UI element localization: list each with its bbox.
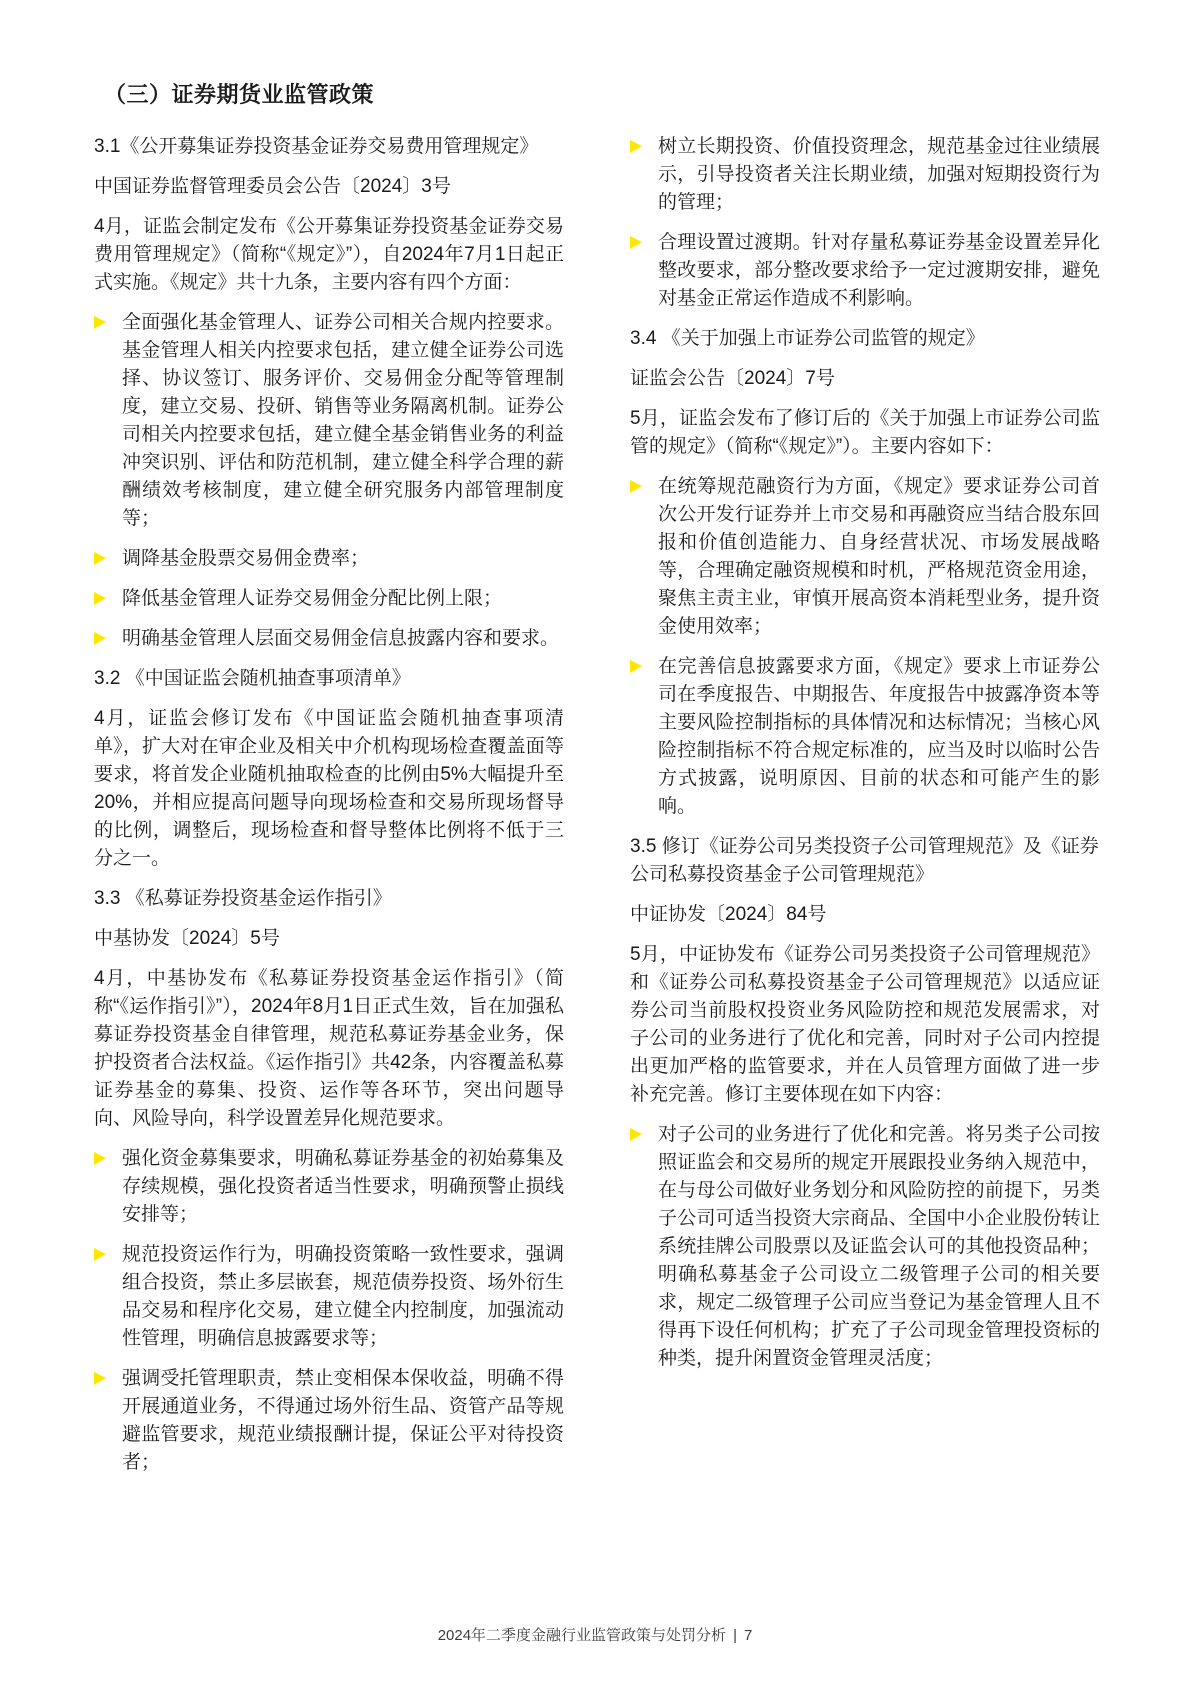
triangle-right-icon <box>94 552 106 565</box>
section-title: 3.3 《私募证券投资基金运作指引》 <box>94 885 564 913</box>
bullet-arrow-icon <box>630 653 658 821</box>
bullet-text: 在统筹规范融资行为方面，《规定》要求证券公司首次公开发行证券并上市交易和再融资应… <box>658 473 1100 641</box>
bullet-item: 树立长期投资、价值投资理念，规范基金过往业绩展示，引导投资者关注长期业绩，加强对… <box>630 133 1100 217</box>
bullet-text: 强化资金募集要求，明确私募证券基金的初始募集及存续规模，强化投资者适当性要求，明… <box>122 1145 564 1229</box>
bullet-item: 调降基金股票交易佣金费率； <box>94 545 564 573</box>
paragraph: 4月，证监会修订发布《中国证监会随机抽查事项清单》，扩大对在审企业及相关中介机构… <box>94 705 564 873</box>
footer-page-number: 7 <box>744 1627 752 1644</box>
bullet-text: 调降基金股票交易佣金费率； <box>122 545 564 573</box>
bullet-item: 强调受托管理职责，禁止变相保本保收益，明确不得开展通道业务，不得通过场外衍生品、… <box>94 1365 564 1477</box>
bullet-text: 树立长期投资、价值投资理念，规范基金过往业绩展示，引导投资者关注长期业绩，加强对… <box>658 133 1100 217</box>
bullet-item: 合理设置过渡期。针对存量私募证券基金设置差异化整改要求，部分整改要求给予一定过渡… <box>630 229 1100 313</box>
bullet-text: 合理设置过渡期。针对存量私募证券基金设置差异化整改要求，部分整改要求给予一定过渡… <box>658 229 1100 313</box>
bullet-item: 规范投资运作行为，明确投资策略一致性要求，强调组合投资，禁止多层嵌套，规范债券投… <box>94 1241 564 1353</box>
section-title: 3.1《公开募集证券投资基金证券交易费用管理规定》 <box>94 133 564 161</box>
bullet-item: 全面强化基金管理人、证券公司相关合规内控要求。基金管理人相关内控要求包括，建立健… <box>94 309 564 533</box>
bullet-arrow-icon <box>94 545 122 573</box>
bullet-arrow-icon <box>630 1121 658 1373</box>
bullet-arrow-icon <box>630 473 658 641</box>
page-heading: （三）证券期货业监管政策 <box>104 78 1100 109</box>
triangle-right-icon <box>94 592 106 605</box>
paragraph: 中证协发〔2024〕84号 <box>630 901 1100 929</box>
paragraph: 4月，中基协发布《私募证券投资基金运作指引》（简称“《运作指引》”），2024年… <box>94 965 564 1133</box>
section-title: 3.5 修订《证券公司另类投资子公司管理规范》及《证券公司私募投资基金子公司管理… <box>630 833 1100 889</box>
bullet-text: 强调受托管理职责，禁止变相保本保收益，明确不得开展通道业务，不得通过场外衍生品、… <box>122 1365 564 1477</box>
bullet-arrow-icon <box>94 585 122 613</box>
bullet-arrow-icon <box>94 1145 122 1229</box>
bullet-arrow-icon <box>94 1365 122 1477</box>
paragraph: 4月，证监会制定发布《公开募集证券投资基金证券交易费用管理规定》（简称“《规定》… <box>94 213 564 297</box>
page-footer: 2024年二季度金融行业监管政策与处罚分析|7 <box>0 1624 1190 1645</box>
two-column-layout: 3.1《公开募集证券投资基金证券交易费用管理规定》中国证券监督管理委员会公告〔2… <box>94 133 1100 1489</box>
bullet-item: 在统筹规范融资行为方面，《规定》要求证券公司首次公开发行证券并上市交易和再融资应… <box>630 473 1100 641</box>
triangle-right-icon <box>630 1128 642 1141</box>
bullet-arrow-icon <box>94 1241 122 1353</box>
paragraph: 中基协发〔2024〕5号 <box>94 925 564 953</box>
triangle-right-icon <box>630 236 642 249</box>
bullet-text: 全面强化基金管理人、证券公司相关合规内控要求。基金管理人相关内控要求包括，建立健… <box>122 309 564 533</box>
triangle-right-icon <box>94 1152 106 1165</box>
footer-title: 2024年二季度金融行业监管政策与处罚分析 <box>438 1627 726 1644</box>
bullet-text: 降低基金管理人证券交易佣金分配比例上限； <box>122 585 564 613</box>
bullet-text: 规范投资运作行为，明确投资策略一致性要求，强调组合投资，禁止多层嵌套，规范债券投… <box>122 1241 564 1353</box>
triangle-right-icon <box>630 660 642 673</box>
triangle-right-icon <box>94 1372 106 1385</box>
left-column: 3.1《公开募集证券投资基金证券交易费用管理规定》中国证券监督管理委员会公告〔2… <box>94 133 564 1489</box>
triangle-right-icon <box>94 316 106 329</box>
paragraph: 中国证券监督管理委员会公告〔2024〕3号 <box>94 173 564 201</box>
paragraph: 5月，中证协发布《证券公司另类投资子公司管理规范》和《证券公司私募投资基金子公司… <box>630 941 1100 1109</box>
bullet-arrow-icon <box>630 229 658 313</box>
triangle-right-icon <box>630 480 642 493</box>
paragraph: 5月，证监会发布了修订后的《关于加强上市证券公司监管的规定》（简称“《规定》”）… <box>630 405 1100 461</box>
triangle-right-icon <box>94 1248 106 1261</box>
bullet-item: 明确基金管理人层面交易佣金信息披露内容和要求。 <box>94 625 564 653</box>
footer-separator: | <box>733 1627 737 1644</box>
bullet-arrow-icon <box>630 133 658 217</box>
bullet-item: 强化资金募集要求，明确私募证券基金的初始募集及存续规模，强化投资者适当性要求，明… <box>94 1145 564 1229</box>
triangle-right-icon <box>94 632 106 645</box>
section-title: 3.4 《关于加强上市证券公司监管的规定》 <box>630 325 1100 353</box>
bullet-item: 降低基金管理人证券交易佣金分配比例上限； <box>94 585 564 613</box>
bullet-arrow-icon <box>94 625 122 653</box>
triangle-right-icon <box>630 140 642 153</box>
section-title: 3.2 《中国证监会随机抽查事项清单》 <box>94 665 564 693</box>
paragraph: 证监会公告〔2024〕7号 <box>630 365 1100 393</box>
right-column: 树立长期投资、价值投资理念，规范基金过往业绩展示，引导投资者关注长期业绩，加强对… <box>630 133 1100 1385</box>
bullet-text: 在完善信息披露要求方面，《规定》要求上市证券公司在季度报告、中期报告、年度报告中… <box>658 653 1100 821</box>
bullet-text: 对子公司的业务进行了优化和完善。将另类子公司按照证监会和交易所的规定开展跟投业务… <box>658 1121 1100 1373</box>
bullet-item: 在完善信息披露要求方面，《规定》要求上市证券公司在季度报告、中期报告、年度报告中… <box>630 653 1100 821</box>
document-page: （三）证券期货业监管政策 3.1《公开募集证券投资基金证券交易费用管理规定》中国… <box>0 0 1190 1683</box>
bullet-text: 明确基金管理人层面交易佣金信息披露内容和要求。 <box>122 625 564 653</box>
bullet-arrow-icon <box>94 309 122 533</box>
bullet-item: 对子公司的业务进行了优化和完善。将另类子公司按照证监会和交易所的规定开展跟投业务… <box>630 1121 1100 1373</box>
